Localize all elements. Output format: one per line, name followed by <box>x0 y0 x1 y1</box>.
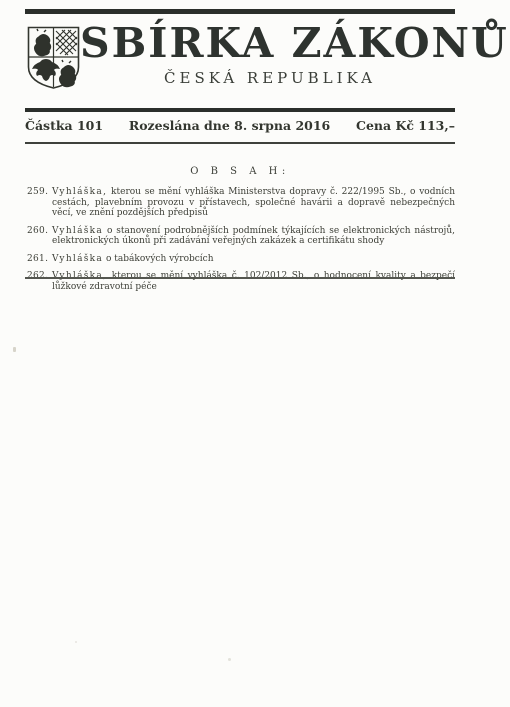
masthead: SBÍRKA ZÁKONŮ ČESKÁ REPUBLIKA <box>80 20 460 87</box>
masthead-rule <box>25 108 455 112</box>
czech-coat-of-arms-icon <box>27 26 80 90</box>
gazette-subtitle: ČESKÁ REPUBLIKA <box>80 69 460 87</box>
item-number: 259. <box>27 187 52 219</box>
contents-item: 260.Vyhláška o stanovení podrobnějších p… <box>27 226 455 247</box>
item-lead-word: Vyhláška <box>52 226 103 236</box>
contents-item: 262.Vyhláška, kterou se mění vyhláška č.… <box>27 271 455 292</box>
paper-speck <box>228 658 231 661</box>
info-bar-rule <box>25 142 455 144</box>
gazette-title: SBÍRKA ZÁKONŮ <box>80 20 460 66</box>
paper-speck <box>75 641 77 643</box>
item-text: Vyhláška, kterou se mění vyhláška č. 102… <box>52 271 455 292</box>
contents-heading: O B S A H: <box>25 166 455 177</box>
distribution-date: Rozeslána dne 8. srpna 2016 <box>129 118 330 133</box>
item-text: Vyhláška, kterou se mění vyhláška Minist… <box>52 187 455 219</box>
paper-speck <box>13 347 16 352</box>
item-lead-word: Vyhláška, <box>52 271 107 281</box>
item-number: 262. <box>27 271 52 292</box>
gazette-front-page: SBÍRKA ZÁKONŮ ČESKÁ REPUBLIKA Částka 101… <box>0 0 510 707</box>
contents-item: 259.Vyhláška, kterou se mění vyhláška Mi… <box>27 187 455 219</box>
issue-number: Částka 101 <box>25 118 103 133</box>
item-text: Vyhláška o stanovení podrobnějších podmí… <box>52 226 455 247</box>
top-rule <box>25 9 455 14</box>
item-text: Vyhláška o tabákových výrobcích <box>52 254 455 265</box>
item-lead-word: Vyhláška <box>52 254 103 264</box>
contents-item: 261.Vyhláška o tabákových výrobcích <box>27 254 455 265</box>
item-lead-word: Vyhláška, <box>52 187 107 197</box>
item-number: 260. <box>27 226 52 247</box>
price: Cena Kč 113,– <box>356 118 455 133</box>
contents-bottom-rule <box>25 277 455 279</box>
contents-list: 259.Vyhláška, kterou se mění vyhláška Mi… <box>27 187 455 299</box>
item-number: 261. <box>27 254 52 265</box>
info-bar: Částka 101 Rozeslána dne 8. srpna 2016 C… <box>25 118 455 133</box>
